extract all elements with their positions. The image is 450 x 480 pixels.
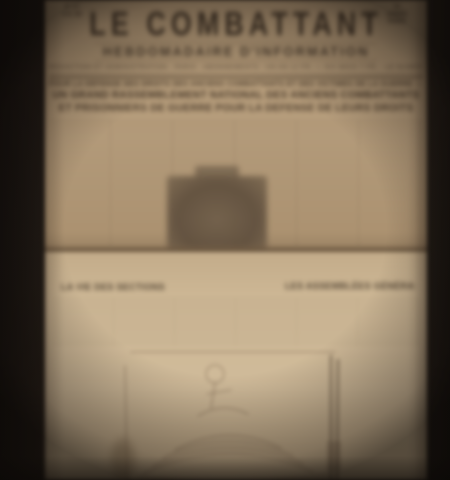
newspaper-top-half: N° 27 0 fr. 50 LE COMBATTANT 3e ANNÉE PA… <box>45 0 427 252</box>
below-fold-right-headline: LES ASSEMBLÉES GÉNÉRALES <box>285 281 415 292</box>
photo-block <box>167 176 267 248</box>
horizontal-rule-thin <box>49 74 423 75</box>
ink-smudge <box>111 438 135 480</box>
right-ear-line1: 3e ANNÉE <box>383 4 411 19</box>
headline-band-line3: ET PRISONNIERS DE GUERRE POUR LA DÉFENSE… <box>49 103 423 115</box>
masthead-subtitle: HEBDOMADAIRE D'INFORMATION <box>95 43 377 61</box>
newspaper-sheet: N° 27 0 fr. 50 LE COMBATTANT 3e ANNÉE PA… <box>45 0 427 480</box>
masthead-right-ear: 3e ANNÉE PARIS <box>383 4 411 27</box>
dateline: RÉDACTION ET ADMINISTRATION · PARIS · AB… <box>49 64 423 72</box>
newspaper-bottom-half: LA VIE DES SECTIONS LES ASSEMBLÉES GÉNÉR… <box>45 252 427 480</box>
photo-scene: N° 27 0 fr. 50 LE COMBATTANT 3e ANNÉE PA… <box>0 0 450 480</box>
line-art-illustration <box>103 346 365 480</box>
horizontal-rule-thick <box>49 77 423 79</box>
below-fold-body-text <box>53 298 419 346</box>
below-fold-left-headline: LA VIE DES SECTIONS <box>61 282 179 293</box>
masthead-title: LE COMBATTANT <box>63 1 409 49</box>
headline-band-line2: UN GRAND RASSEMBLEMENT NATIONAL DES ANCI… <box>49 90 423 102</box>
headline-band-line1: POUR LA DÉFENSE DES DROITS DES ANCIENS C… <box>49 80 423 89</box>
right-ear-line2: PARIS <box>383 19 411 27</box>
